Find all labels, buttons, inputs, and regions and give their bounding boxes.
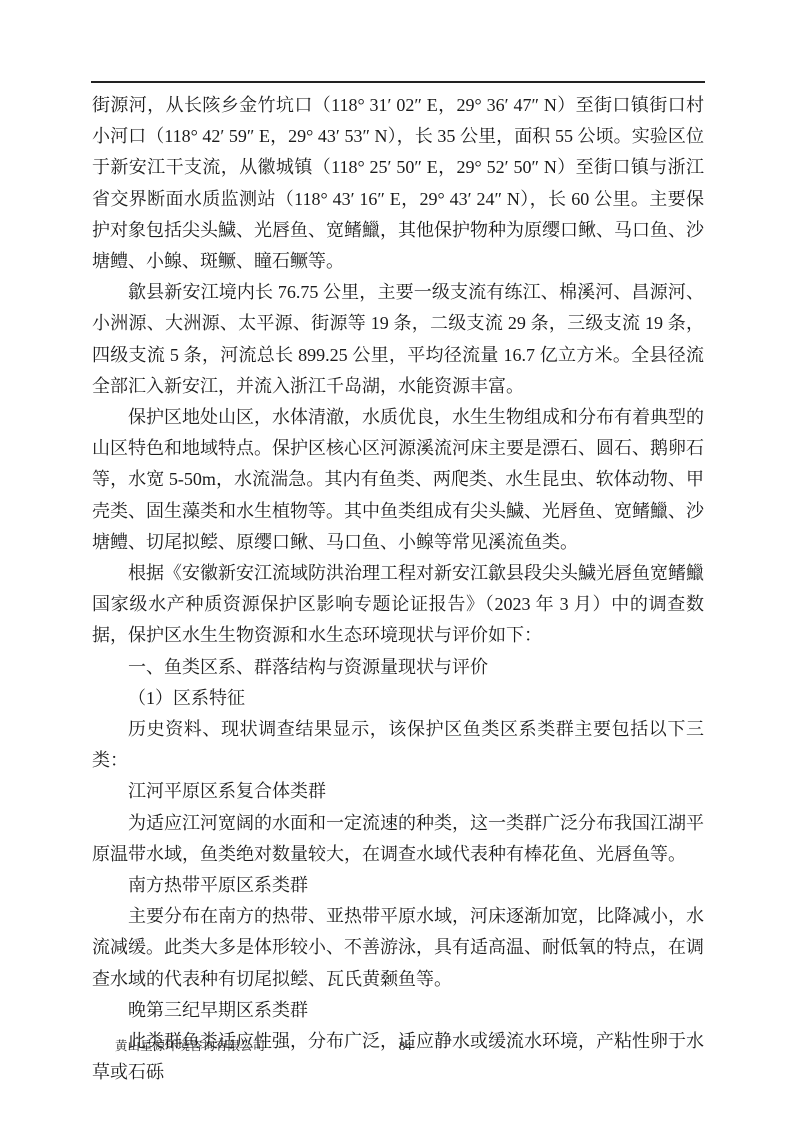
subsection-heading: 江河平原区系复合体类群 (92, 776, 704, 807)
paragraph: 歙县新安江境内长 76.75 公里，主要一级支流有练江、棉溪河、昌源河、小洲源、… (92, 277, 704, 402)
paragraph: 为适应江河宽阔的水面和一定流速的种类，这一类群广泛分布我国江湖平原温带水域，鱼类… (92, 808, 704, 870)
paragraph: 历史资料、现状调查结果显示，该保护区鱼类区系类群主要包括以下三类： (92, 714, 704, 776)
footer-company-name: 黄山星源环境咨询有限公司 (115, 1037, 265, 1055)
paragraph: 主要分布在南方的热带、亚热带平原水域，河床逐渐加宽，比降减小，水流减缓。此类大多… (92, 901, 704, 995)
footer-page-number: 84 (399, 1037, 412, 1055)
paragraph: 街源河，从长陔乡金竹坑口（118° 31′ 02″ E，29° 36′ 47″ … (92, 90, 704, 277)
subsection-heading: 南方热带平原区系类群 (92, 870, 704, 901)
subsection-heading: （1）区系特征 (92, 683, 704, 714)
subsection-heading: 晚第三纪早期区系类群 (92, 995, 704, 1026)
paragraph: 根据《安徽新安江流域防洪治理工程对新安江歙县段尖头鱥光唇鱼宽鳍鱲国家级水产种质资… (92, 558, 704, 652)
paragraph: 保护区地处山区，水体清澈，水质优良，水生生物组成和分布有着典型的山区特色和地域特… (92, 402, 704, 558)
header-divider (91, 81, 705, 83)
document-body: 街源河，从长陔乡金竹坑口（118° 31′ 02″ E，29° 36′ 47″ … (92, 90, 704, 1089)
page-footer: 黄山星源环境咨询有限公司 84 (0, 1037, 793, 1061)
section-heading: 一、鱼类区系、群落结构与资源量现状与评价 (92, 652, 704, 683)
document-page: 街源河，从长陔乡金竹坑口（118° 31′ 02″ E，29° 36′ 47″ … (0, 0, 793, 1122)
